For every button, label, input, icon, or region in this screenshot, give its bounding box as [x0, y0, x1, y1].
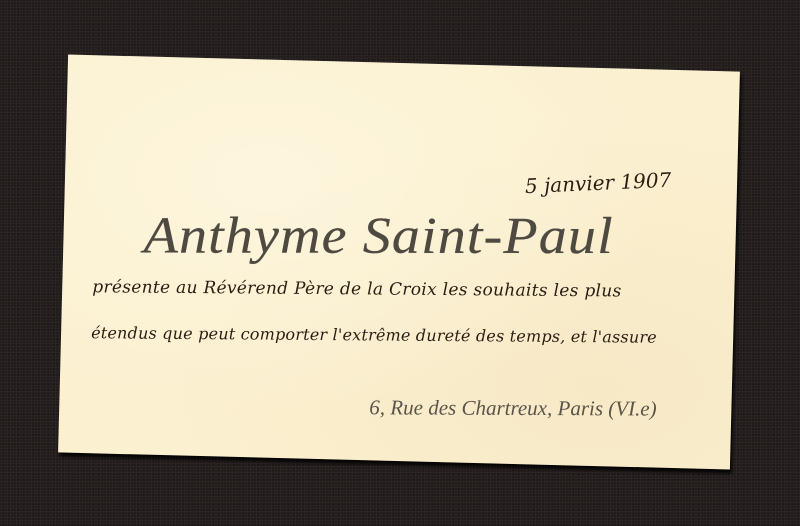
handwritten-message-line-1: présente au Révérend Père de la Croix le…: [92, 277, 621, 301]
handwritten-message-line-2: étendus que peut comporter l'extrême dur…: [91, 323, 657, 346]
engraved-address: 6, Rue des Chartreux, Paris (VI.e): [369, 395, 656, 421]
handwritten-date: 5 janvier 1907: [524, 168, 671, 198]
visiting-card: 5 janvier 1907 Anthyme Saint-Paul présen…: [58, 55, 740, 470]
engraved-name: Anthyme Saint-Paul: [143, 207, 613, 267]
